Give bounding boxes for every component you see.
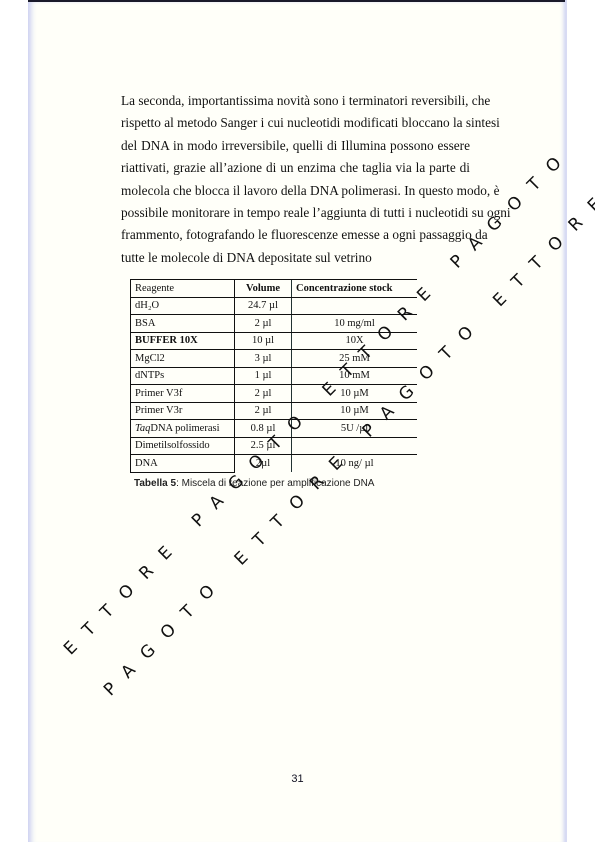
page-edge-shadow [565,0,567,842]
caption-label: Tabella 5 [134,478,176,489]
page-number: 31 [0,773,595,785]
body-paragraph: La seconda, importantissima novità sono … [121,90,470,269]
cell-volume: 1 µl [235,367,292,385]
header-stock: Concentrazione stock [292,280,418,298]
cell-volume: 2 µl [235,315,292,333]
cell-reagent: dNTPs [131,367,235,385]
cell-volume: 2 µl [235,385,292,403]
header-reagent: Reagente [131,280,235,298]
table-caption: Tabella 5: Miscela di reazione per ampli… [134,478,374,489]
cell-reagent: Primer V3r [131,402,235,420]
paragraph-line: del DNA in modo irreversibile, quelli di… [121,135,470,157]
cell-reagent: MgCl2 [131,350,235,368]
cell-volume: 2 µl [235,402,292,420]
cell-volume: 24.7 µl [235,297,292,315]
table-row: dNTPs 1 µl 10 mM [131,367,418,385]
caption-text: : Miscela di reazione per amplificazione… [176,478,374,489]
cell-reagent: TaqDNA polimerasi [131,420,235,438]
cell-reagent: BSA [131,315,235,333]
paragraph-line: riattivati, grazie all’azione di un enzi… [121,157,470,179]
paragraph-line: possibile monitorare in tempo reale l’ag… [121,202,470,224]
cell-reagent: Primer V3f [131,385,235,403]
cell-reagent: BUFFER 10X [131,332,235,350]
table-row: Primer V3f 2 µl 10 µM [131,385,418,403]
cell-reagent: DNA [131,455,235,473]
cell-reagent: dH₂O [131,297,235,315]
header-volume: Volume [235,280,292,298]
taq-italic: Taq [135,423,150,434]
table-row: dH₂O 24.7 µl [131,297,418,315]
cell-volume: 3 µl [235,350,292,368]
paragraph-line: tutte le molecole di DNA depositate sul … [121,247,470,269]
paragraph-line: La seconda, importantissima novità sono … [121,90,470,112]
table-header-row: Reagente Volume Concentrazione stock [131,280,418,298]
paragraph-line: rispetto al metodo Sanger i cui nucleoti… [121,112,470,134]
reagent-rest: DNA polimerasi [150,423,219,434]
paragraph-line: molecola che blocca il lavoro della DNA … [121,180,470,202]
cell-volume: 10 µl [235,332,292,350]
cell-reagent: Dimetilsolfossido [131,437,235,455]
paragraph-line: frammento, fotografando le fluorescenze … [121,224,470,246]
